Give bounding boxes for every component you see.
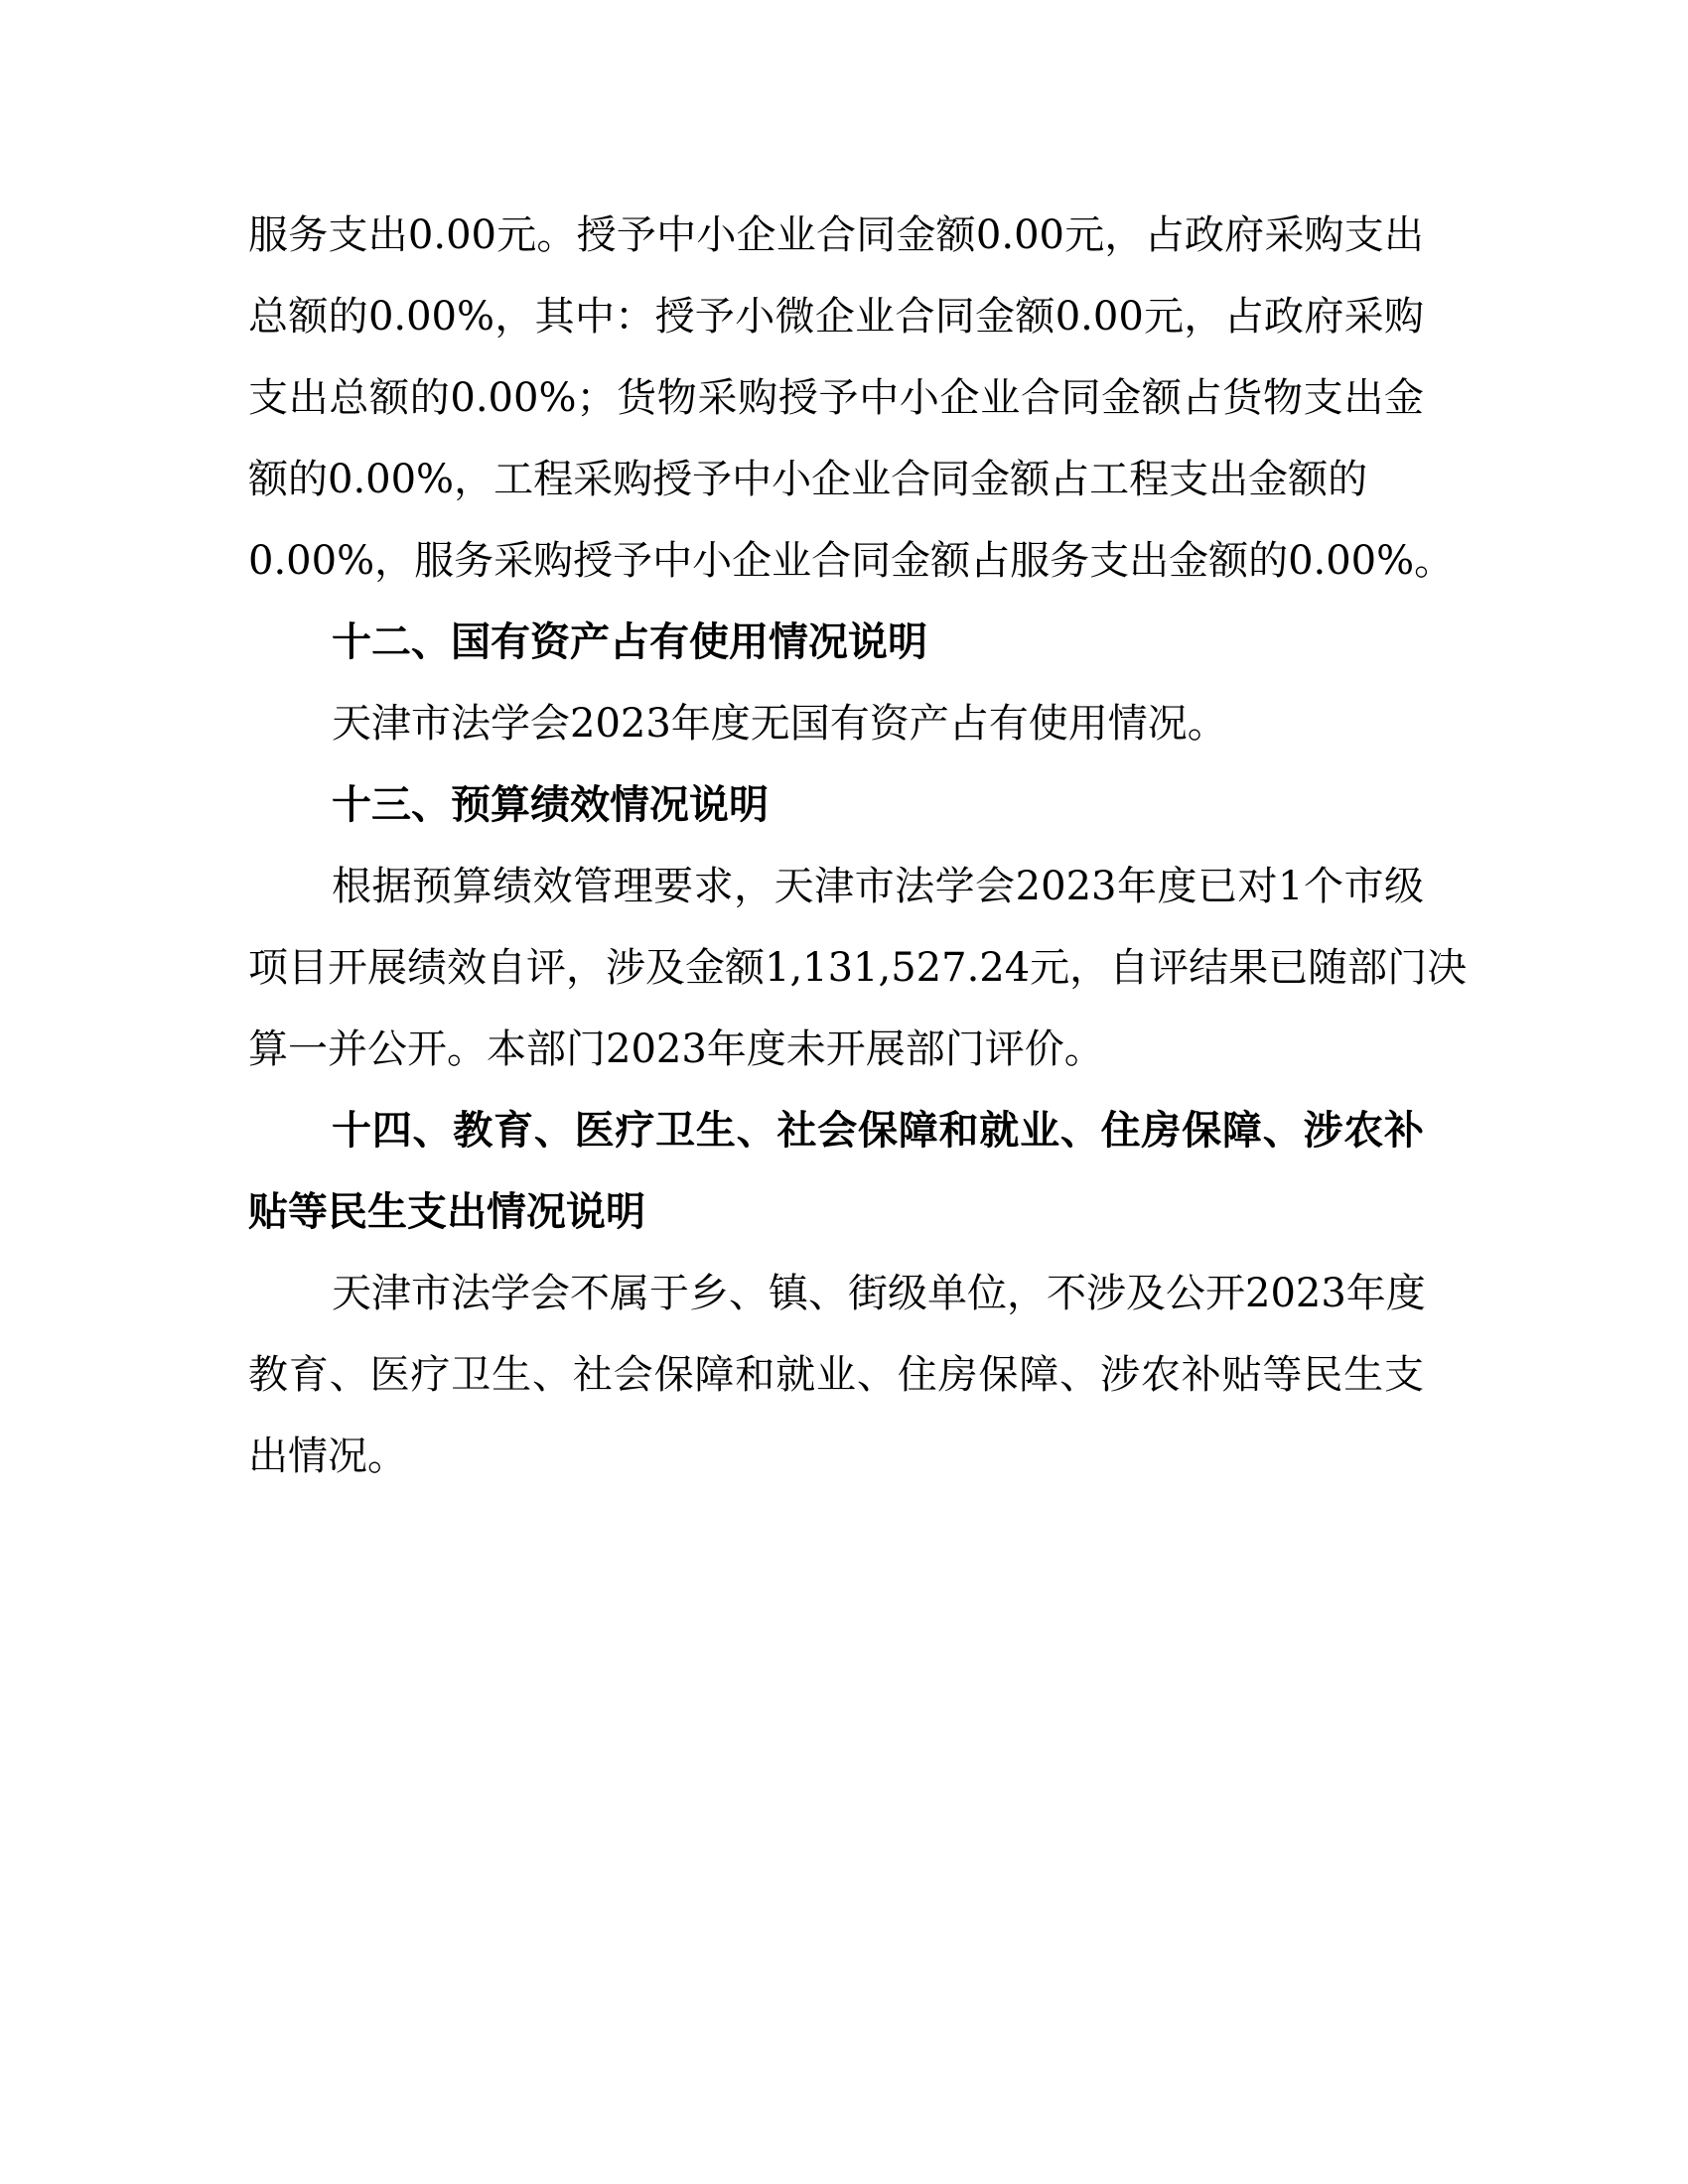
paragraph-livelihood-spending: 天津市法学会不属于乡、镇、街级单位，不涉及公开2023年度 教育、医疗卫生、社会… bbox=[248, 1279, 1424, 1523]
text-line: 出情况。 bbox=[248, 1441, 1424, 1523]
paragraph-procurement-continuation: 服务支出0.00元。授予中小企业合同金额0.00元，占政府采购支出 总额的0.0… bbox=[248, 220, 1424, 627]
paragraph-budget-performance: 根据预算绩效管理要求，天津市法学会2023年度已对1个市级 项目开展绩效自评，涉… bbox=[248, 872, 1424, 1116]
document-page: 服务支出0.00元。授予中小企业合同金额0.00元，占政府采购支出 总额的0.0… bbox=[248, 220, 1424, 1523]
